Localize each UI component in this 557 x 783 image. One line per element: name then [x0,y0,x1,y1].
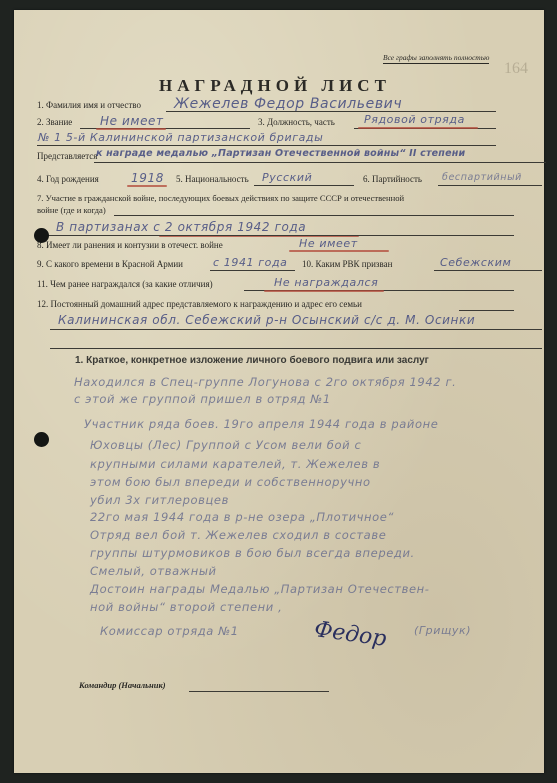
field-10-value: Себежским [440,256,511,269]
field-8-value: Не имеет [299,237,358,250]
field-1-label: 1. Фамилия имя и отчество [37,100,141,110]
field-11-label: 11. Чем ранее награждался (за какие отли… [37,279,213,289]
field-1-value: Жежелев Федор Васильевич [174,96,402,112]
field-9-underline [210,270,295,271]
field-6-underline [438,185,542,186]
field-7-value: В партизанах с 2 октября 1942 года [56,220,306,234]
merits-line-5: крупными силами карателей, т. Жежелев в [90,457,380,471]
field-9-label: 9. С какого времени в Красной Армии [37,259,183,269]
field-5-value: Русский [262,171,312,184]
merits-line-3: Участник ряда боев. 19го апреля 1944 год… [84,417,438,431]
field-11-value: Не награждался [274,276,378,289]
field-12-value: Калининская обл. Себежский р-н Осынский … [58,313,475,327]
field-3-label: 3. Должность, часть [258,117,335,127]
field-12-underline-2 [50,329,542,330]
field-8-label: 8. Имеет ли ранения и контузии в отечест… [37,240,223,250]
field-11-red-underline [264,290,384,292]
field-10-label: 10. Каким РВК призван [302,259,392,269]
archive-stamp-number: 164 [504,60,528,78]
field-2-red-underline [96,128,166,130]
field-8-red-underline [289,250,389,252]
commissar-name: (Грищук) [414,624,471,637]
field-12-underline [459,310,514,311]
field-6-label: 6. Партийность [363,174,422,184]
punch-hole-top [34,228,49,243]
merits-line-11: Смелый, отважный [90,564,217,578]
fill-all-fields-note: Все графы заполнять полностью [383,53,489,64]
award-sheet-paper: Все графы заполнять полностью 164 НАГРАД… [14,10,544,773]
commander-label: Командир (Начальник) [79,680,166,690]
field-3-value-line2: № 1 5-й Калининской партизанской бригады [38,131,323,144]
field-3-value: Рядовой отряда [364,113,465,126]
merits-line-7: убил 3х гитлеровцев [90,493,229,507]
document-title: НАГРАДНОЙ ЛИСТ [159,76,391,96]
merits-line-13: ной войны“ второй степени , [90,600,282,614]
section-separator [50,348,542,349]
field-7-label-line2: войне (где и когда) [37,205,106,215]
field-5-underline [254,185,354,186]
field-5-label: 5. Национальность [176,174,249,184]
merits-line-12: Достоин награды Медалью „Партизан Отечес… [90,582,430,596]
presented-underline [94,162,546,163]
merits-line-1: Находился в Спец-группе Логунова с 2го о… [74,375,456,389]
merits-line-9: Отряд вел бой т. Жежелев сходил в состав… [90,528,386,542]
merits-line-8: 22го мая 1944 года в р-не озера „Плотичн… [90,510,394,524]
field-2-value: Не имеет [100,114,164,128]
field-12-label: 12. Постоянный домашний адрес представля… [37,299,362,309]
merits-heading: 1. Краткое, конкретное изложение личного… [75,355,429,366]
field-9-value: с 1941 года [213,256,288,269]
field-4-label: 4. Год рождения [37,174,99,184]
field-6-value: беспартийный [442,172,522,183]
field-3-red-underline [358,127,478,129]
field-7-underline-2 [46,235,514,236]
field-3-underline-2 [37,145,496,146]
commissar-label: Комиссар отряда №1 [100,624,239,638]
field-2-label: 2. Звание [37,117,72,127]
field-10-underline [434,270,542,271]
presented-label: Представляется [37,151,97,161]
merits-line-10: группы штурмовиков в бою был всегда впер… [90,546,415,560]
field-4-red-underline [127,185,167,187]
presented-value: к награде медалью „Партизан Отечественно… [96,148,465,159]
field-7-underline [114,215,514,216]
commander-signature-line [189,691,329,692]
merits-line-4: Юховцы (Лес) Группой с Усом вели бой с [90,438,361,452]
field-4-value: 1918 [131,171,164,185]
merits-line-6: этом бою был впереди и собственноручно [90,475,371,489]
field-7-label-line1: 7. Участие в гражданской войне, последую… [37,193,404,203]
commissar-signature: Федор [313,617,388,652]
punch-hole-bottom [34,432,49,447]
merits-line-2: с этой же группой пришел в отряд №1 [74,392,331,406]
